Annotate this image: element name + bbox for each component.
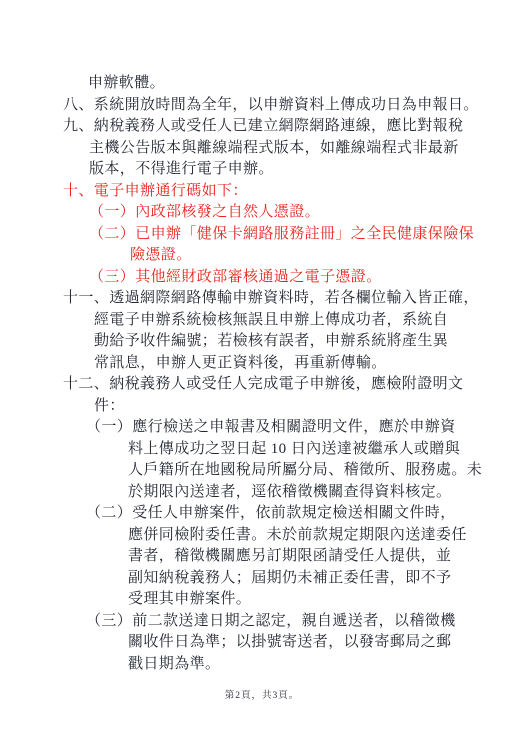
document-line: （一）內政部核發之自然人憑證。 xyxy=(0,202,524,224)
document-line: （一）應行檢送之申報書及相關證明文件，應於申辦資 xyxy=(0,417,524,439)
document-line: （二）受任人申辦案件，依前款規定檢送相關文件時， xyxy=(0,503,524,525)
document-line: 關收件日為準；以掛號寄送者，以發寄郵局之郵 xyxy=(0,632,524,654)
document-line: 版本，不得進行電子申辦。 xyxy=(0,159,524,181)
document-line: 件： xyxy=(0,396,524,418)
document-line: 動給予收件編號；若檢核有誤者，申辦系統將產生異 xyxy=(0,331,524,353)
document-line: 十一、透過網際網路傳輸申辦資料時，若各欄位輸入皆正確， xyxy=(0,288,524,310)
document-page: 申辦軟體。八、系統開放時間為全年，以申辦資料上傳成功日為申報日。九、納稅義務人或… xyxy=(0,0,524,740)
document-line: 險憑證。 xyxy=(0,245,524,267)
document-line: 九、納稅義務人或受任人已建立網際網路連線，應比對報稅 xyxy=(0,116,524,138)
document-line: 於期限內送達者，逕依稽徵機關查得資料核定。 xyxy=(0,482,524,504)
document-line: 副知納稅義務人；屆期仍未補正委任書，即不予 xyxy=(0,568,524,590)
document-line: 常訊息，申辦人更正資料後，再重新傳輸。 xyxy=(0,353,524,375)
document-line: （三）前二款送達日期之認定，親自遞送者，以稽徵機 xyxy=(0,611,524,633)
document-line: 十、電子申辦通行碼如下： xyxy=(0,181,524,203)
document-line: （三）其他經財政部審核通過之電子憑證。 xyxy=(0,267,524,289)
document-line: 主機公告版本與離線端程式版本，如離線端程式非最新 xyxy=(0,138,524,160)
document-line: 八、系統開放時間為全年，以申辦資料上傳成功日為申報日。 xyxy=(0,95,524,117)
document-line: 申辦軟體。 xyxy=(0,73,524,95)
document-line: 應併同檢附委任書。未於前款規定期限內送達委任 xyxy=(0,525,524,547)
document-line: 人戶籍所在地國稅局所屬分局、稽徵所、服務處。未 xyxy=(0,460,524,482)
document-line: 書者，稽徵機關應另訂期限函請受任人提供，並 xyxy=(0,546,524,568)
page-footer: 第2頁，共3頁。 xyxy=(0,687,524,701)
document-line: （二）已申辦「健保卡網路服務註冊」之全民健康保險保 xyxy=(0,224,524,246)
document-line: 戳日期為準。 xyxy=(0,654,524,676)
document-line: 受理其申辦案件。 xyxy=(0,589,524,611)
document-line: 經電子申辦系統檢核無誤且申辦上傳成功者，系統自 xyxy=(0,310,524,332)
document-line: 十二、納稅義務人或受任人完成電子申辦後，應檢附證明文 xyxy=(0,374,524,396)
document-line: 料上傳成功之翌日起 10 日內送達被繼承人或贈與 xyxy=(0,439,524,461)
document-body: 申辦軟體。八、系統開放時間為全年，以申辦資料上傳成功日為申報日。九、納稅義務人或… xyxy=(0,73,524,675)
